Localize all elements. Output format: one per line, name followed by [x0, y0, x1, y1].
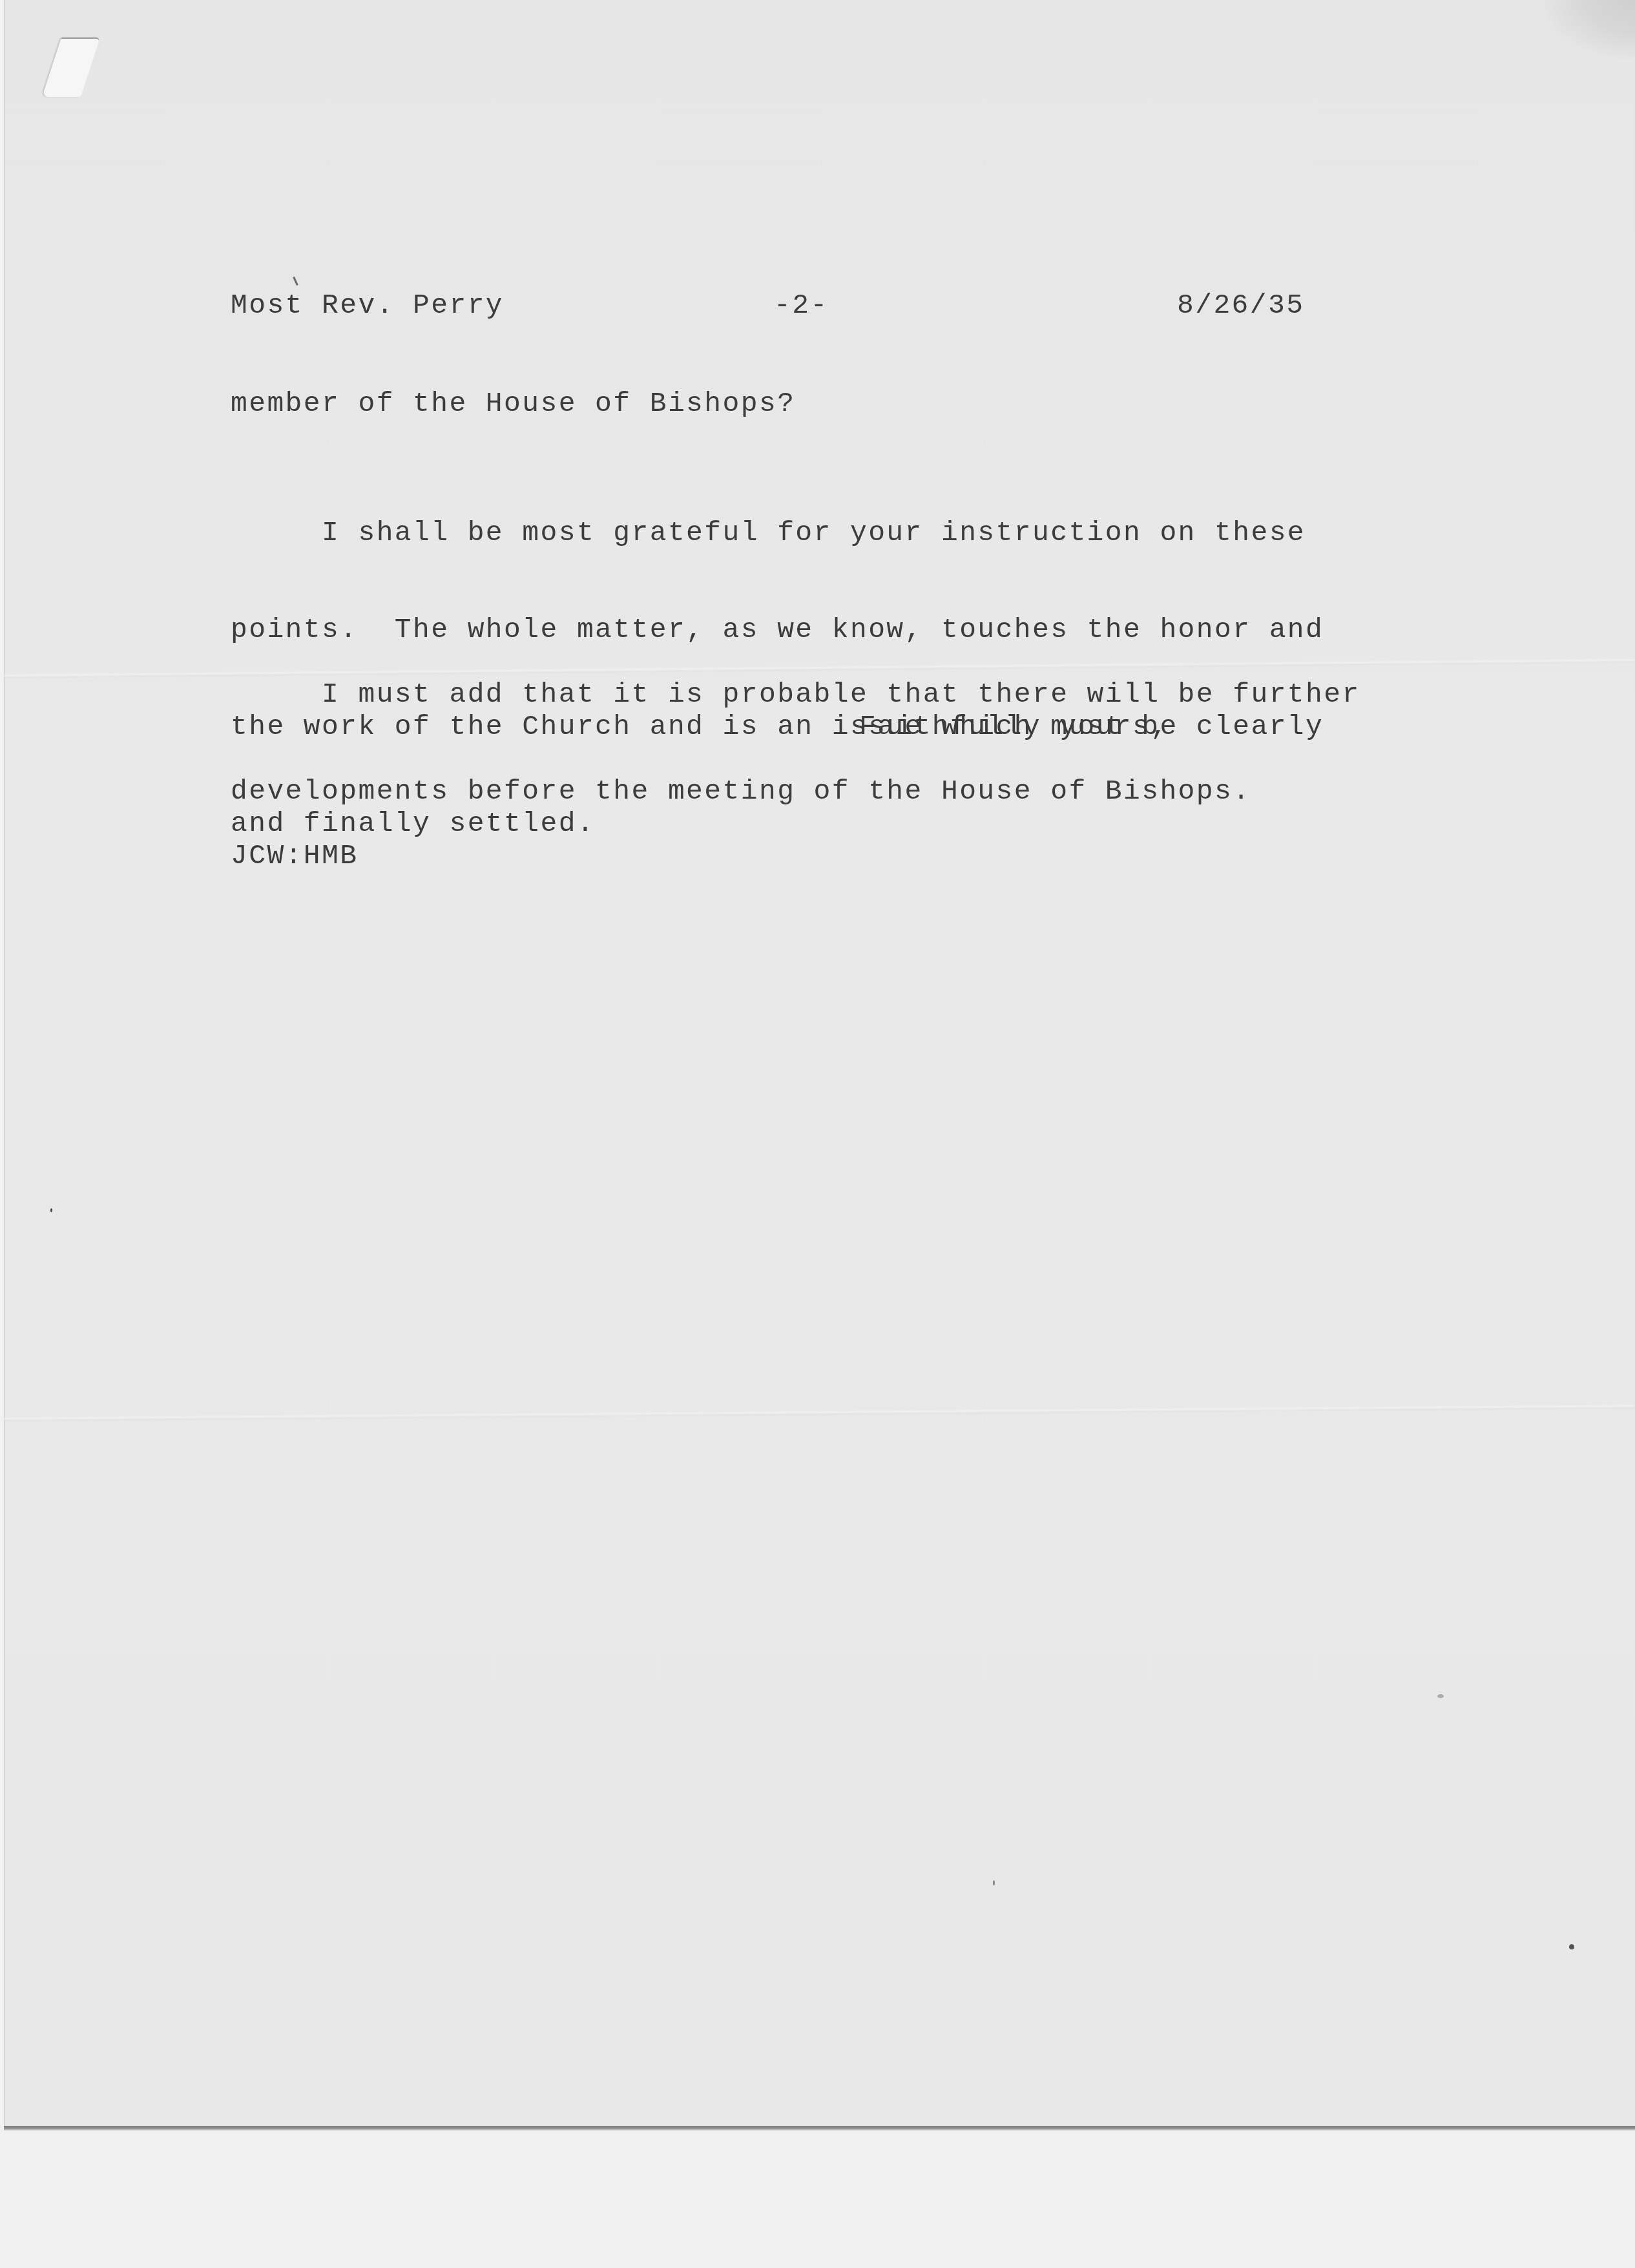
paragraph-line: developments before the meeting of the H…	[231, 775, 1360, 808]
page-bottom-edge-shadow	[4, 2126, 1635, 2131]
page-corner-curl	[1545, 0, 1635, 58]
ink-speck	[1437, 1694, 1444, 1698]
header-recipient: Most Rev. Perry	[231, 289, 504, 322]
closing-salutation: Faithfully yours,	[859, 711, 1169, 743]
ink-speck	[1569, 1944, 1574, 1949]
header-date: 8/26/35	[1177, 289, 1304, 322]
ink-speck	[993, 1880, 995, 1885]
paragraph-line: I must add that it is probable that ther…	[231, 678, 1360, 711]
header-page-number: -2-	[774, 289, 829, 322]
continuation-line: member of the House of Bishops?	[231, 388, 795, 420]
reference-initials: JCW:HMB	[231, 840, 358, 872]
ink-speck	[50, 1208, 52, 1212]
paragraph-2: I must add that it is probable that ther…	[231, 614, 1360, 840]
paragraph-line: I shall be most grateful for your instru…	[231, 517, 1324, 549]
